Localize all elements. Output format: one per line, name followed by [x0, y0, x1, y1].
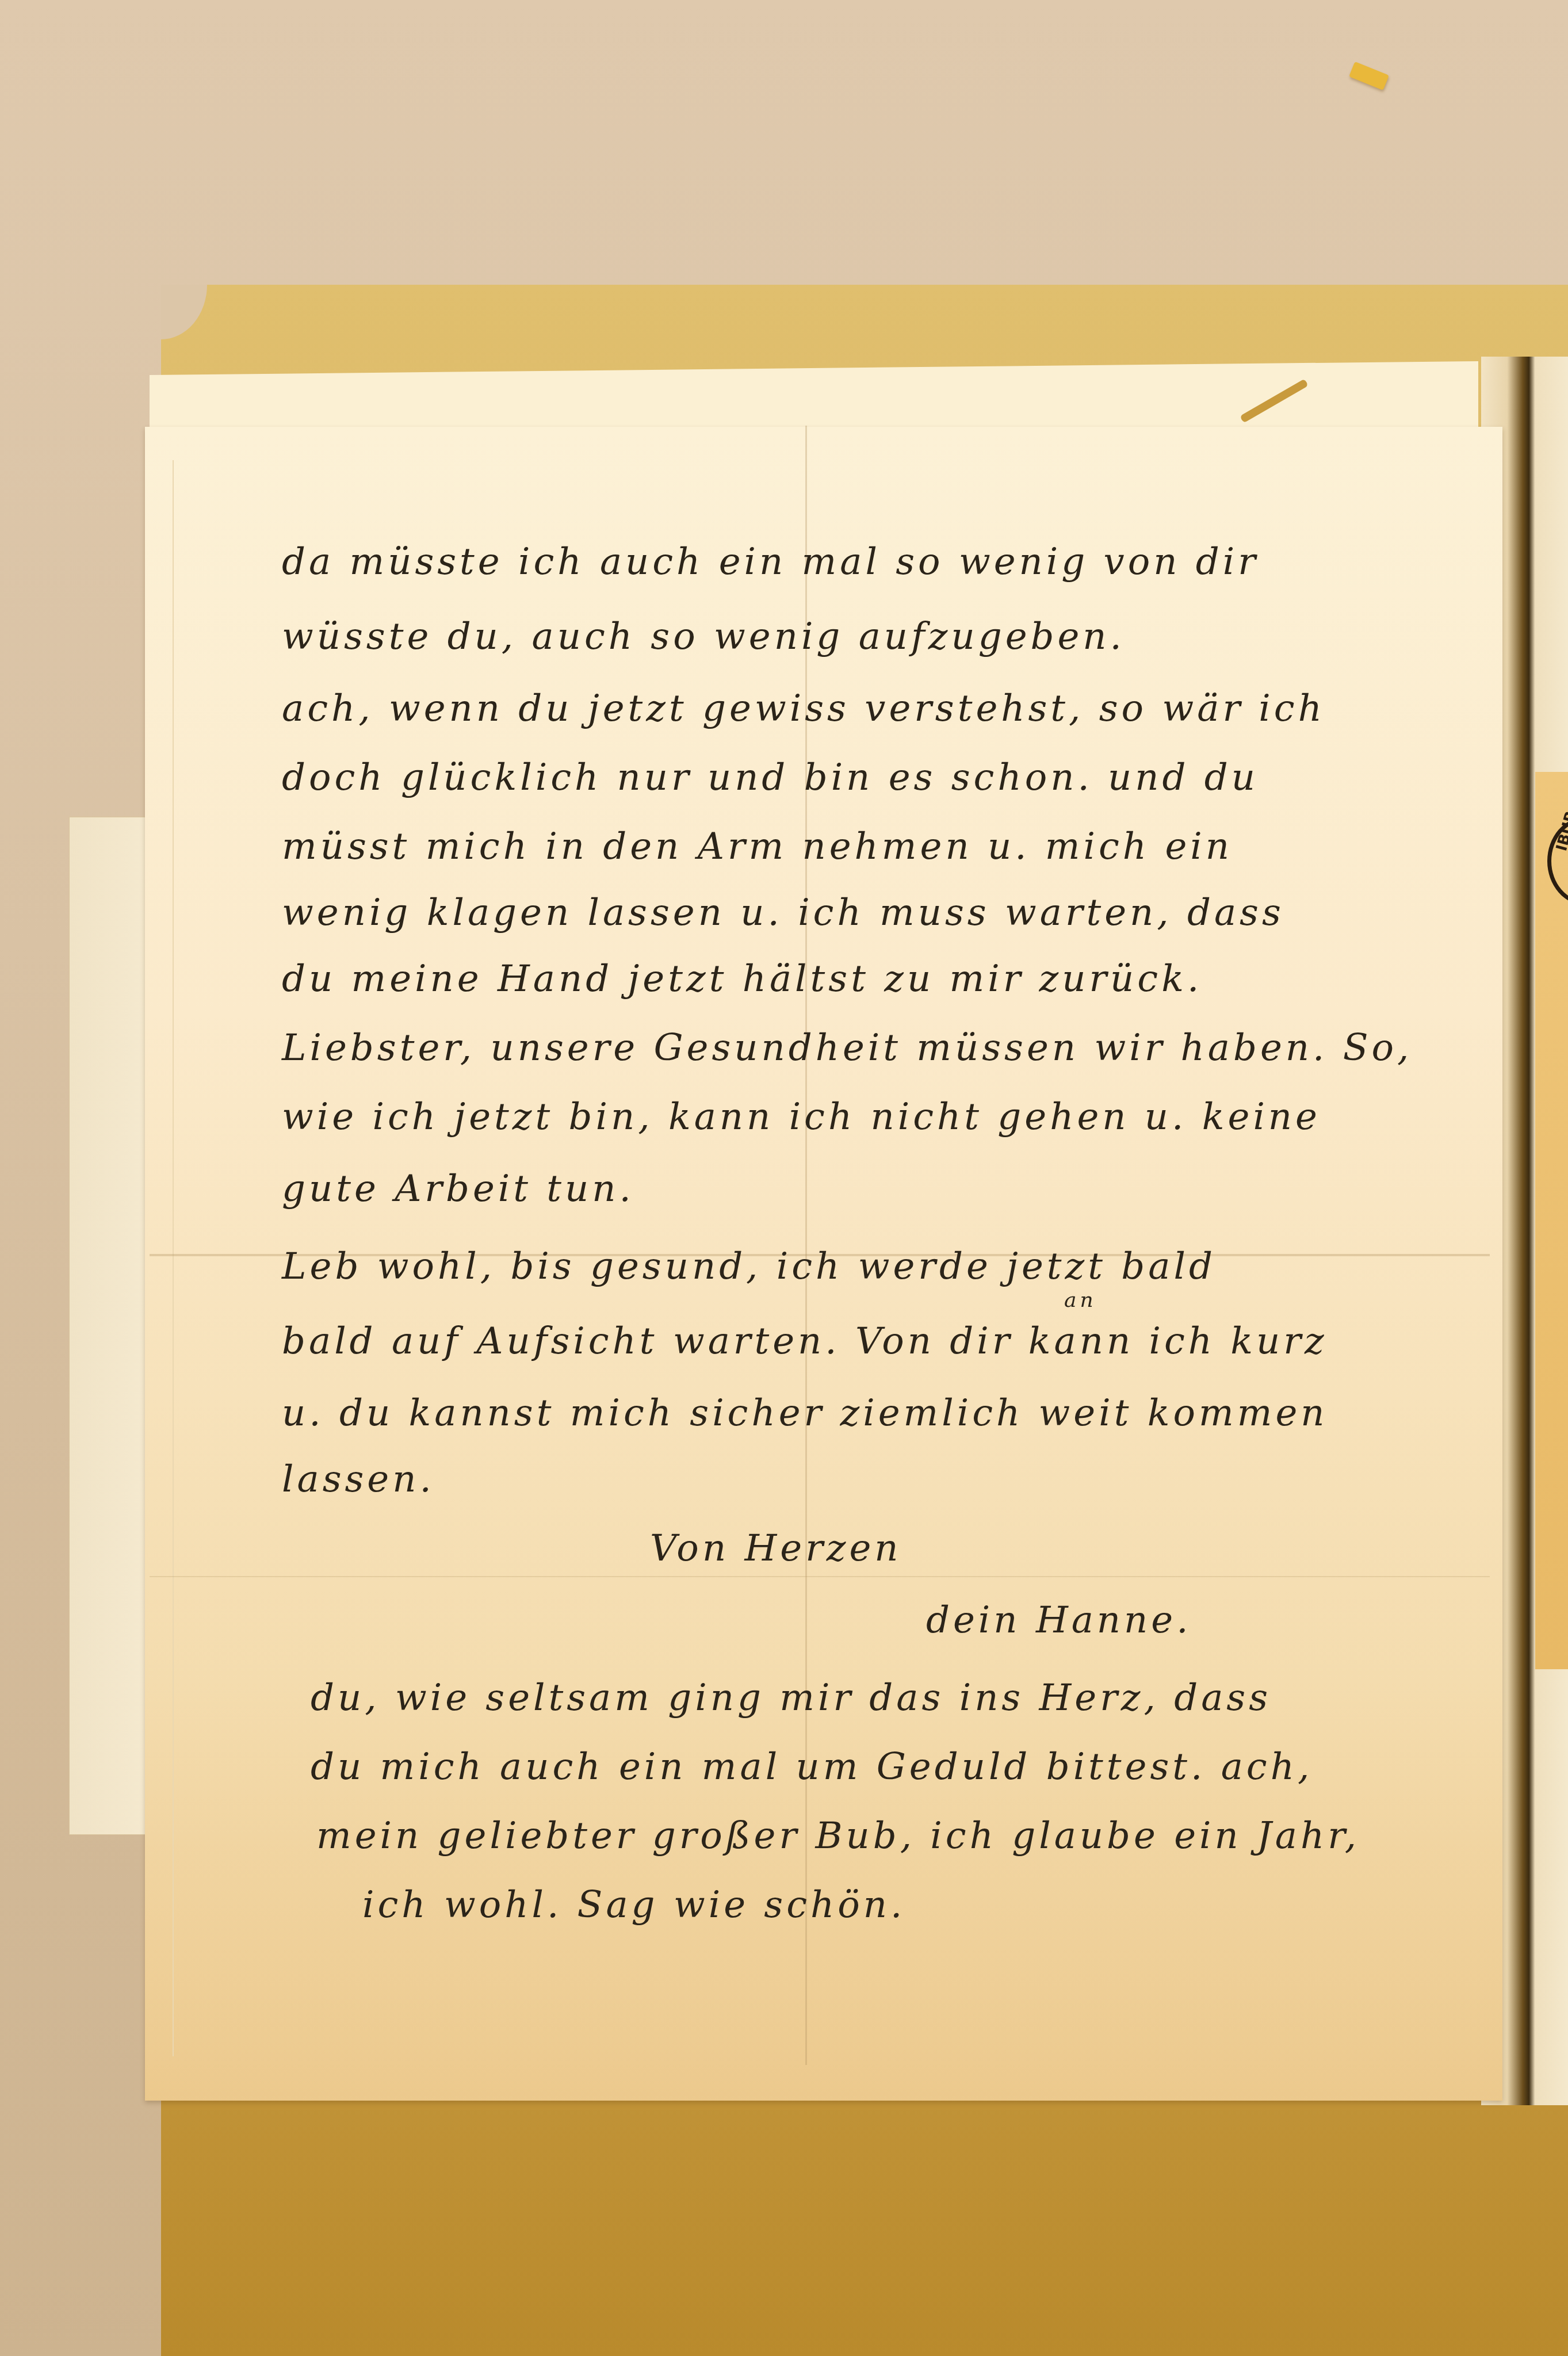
body-line: Liebster, unsere Gesundheit müssen wir h…: [282, 1027, 1412, 1069]
body-line: wie ich jetzt bin, kann ich nicht gehen …: [282, 1096, 1321, 1138]
body-line: müsst mich in den Arm nehmen u. mich ein: [282, 825, 1233, 868]
body-line: ach, wenn du jetzt gewiss verstehst, so …: [282, 687, 1325, 730]
postscript-line: du, wie seltsam ging mir das ins Herz, d…: [311, 1677, 1271, 1719]
postscript-line: ich wohl. Sag wie schön.: [362, 1884, 905, 1926]
insertion-mark: an: [1064, 1288, 1097, 1312]
body-line: doch glücklich nur und bin es schon. und…: [282, 756, 1259, 799]
postscript-line: mein geliebter großer Bub, ich glaube ei…: [316, 1815, 1360, 1857]
stamped-card: [1535, 772, 1568, 1669]
body-line: lassen.: [282, 1458, 435, 1501]
body-line: wüsste du, auch so wenig aufzugeben.: [282, 615, 1125, 658]
body-line: du meine Hand jetzt hältst zu mir zurück…: [282, 958, 1202, 1000]
body-line: gute Arbeit tun.: [282, 1168, 634, 1210]
body-line: Leb wohl, bis gesund, ich werde jetzt ba…: [282, 1245, 1216, 1288]
body-line: u. du kannst mich sicher ziemlich weit k…: [282, 1392, 1328, 1435]
paper-scrap: [1349, 62, 1389, 90]
closing-greeting: Von Herzen: [650, 1527, 902, 1570]
body-line: wenig klagen lassen u. ich muss warten, …: [282, 892, 1284, 934]
body-line: da müsste ich auch ein mal so wenig von …: [282, 541, 1259, 583]
signature: dein Hanne.: [926, 1599, 1192, 1642]
body-line: bald auf Aufsicht warten. Von dir kann i…: [282, 1320, 1328, 1363]
lower-fold-line: [150, 1576, 1490, 1577]
postscript-line: du mich auch ein mal um Geduld bittest. …: [311, 1746, 1313, 1788]
